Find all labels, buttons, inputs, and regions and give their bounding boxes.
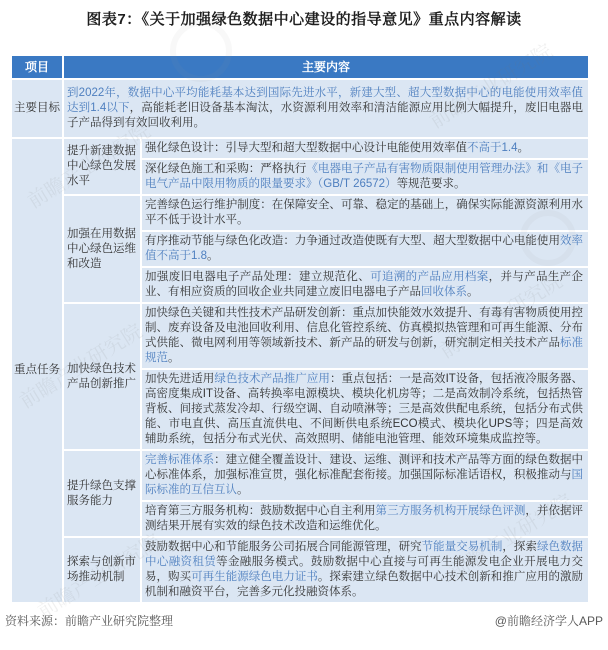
subrow-items: 完善标准体系：建立健全覆盖设计、建设、运维、测评和技术产品等方面的绿色数据中心标…	[142, 451, 588, 536]
source-note: 资料来源：前瞻产业研究院整理	[5, 612, 173, 629]
footer: 资料来源：前瞻产业研究院整理 @前瞻经济学人APP	[0, 612, 608, 629]
task-subrows: 提升新建数据中心绿色发展水平 强化绿色设计：引导大型和超大型数据中心设计电能使用…	[64, 139, 588, 602]
table-row-key-tasks: 重点任务 提升新建数据中心绿色发展水平 强化绿色设计：引导大型和超大型数据中心设…	[12, 139, 588, 602]
content-cell: 鼓励数据中心和节能服务公司拓展合同能源管理，研究节能量交易机制，探索绿色数据中心…	[142, 538, 588, 602]
subrow-items: 完善绿色运行维护制度：在保障安全、可靠、稳定的基础上，确保实际能源资源利用水平不…	[142, 196, 588, 302]
table-subrow: 提升新建数据中心绿色发展水平 强化绿色设计：引导大型和超大型数据中心设计电能使用…	[64, 139, 588, 194]
key-content-table: 项目 主要内容 主要目标 到2022年，数据中心平均能耗基本达到国际先进水平，新…	[12, 56, 588, 602]
subrow-items: 强化绿色设计：引导大型和超大型数据中心设计电能使用效率值不高于1.4。 深化绿色…	[142, 139, 588, 194]
subrow-items: 鼓励数据中心和节能服务公司拓展合同能源管理，研究节能量交易机制，探索绿色数据中心…	[142, 538, 588, 602]
subcategory-label: 加强在用数据中心绿色运维和改造	[64, 196, 140, 302]
subcategory-label: 提升绿色支撑服务能力	[64, 451, 140, 536]
subcategory-label: 探索与创新市场推动机制	[64, 538, 140, 602]
section-label: 重点任务	[12, 139, 62, 602]
content-cell: 加强废旧电器电子产品处理：建立规范化、可追溯的产品应用档案，并与产品生产企业、有…	[142, 268, 588, 302]
content-cell: 完善标准体系：建立健全覆盖设计、建设、运维、测评和技术产品等方面的绿色数据中心标…	[142, 451, 588, 500]
subrow-items: 加快绿色关键和共性技术产品研发创新：重点加快能效水效提升、有毒有害物质使用控制、…	[142, 304, 588, 449]
content-cell: 完善绿色运行维护制度：在保障安全、可靠、稳定的基础上，确保实际能源资源利用水平不…	[142, 196, 588, 230]
content-cell: 加快先进适用绿色技术产品推广应用：重点包括：一是高效IT设备，包括液冷服务器、高…	[142, 370, 588, 449]
content-cell: 强化绿色设计：引导大型和超大型数据中心设计电能使用效率值不高于1.4。	[142, 139, 588, 158]
credit-note: @前瞻经济学人APP	[495, 612, 603, 629]
table-header-row: 项目 主要内容	[12, 56, 588, 78]
subcategory-label: 加快绿色技术产品创新推广	[64, 304, 140, 449]
page-title: 图表7：《关于加强绿色数据中心建设的指导意见》重点内容解读	[0, 0, 608, 29]
table-subrow: 加强在用数据中心绿色运维和改造 完善绿色运行维护制度：在保障安全、可靠、稳定的基…	[64, 196, 588, 302]
content-cell: 到2022年，数据中心平均能耗基本达到国际先进水平，新建大型、超大型数据中心的电…	[64, 80, 588, 137]
content-cell: 有序推动节能与绿色化改造：力争通过改造使既有大型、超大型数据中心电能使用效率值不…	[142, 232, 588, 266]
content-cell: 培育第三方服务机构：鼓励数据中心自主利用第三方服务机构开展绿色评测，并依据评测结…	[142, 502, 588, 536]
header-cell-item: 项目	[12, 56, 62, 78]
section-label: 主要目标	[12, 80, 62, 137]
subcategory-label: 提升新建数据中心绿色发展水平	[64, 139, 140, 194]
content-cell: 加快绿色关键和共性技术产品研发创新：重点加快能效水效提升、有毒有害物质使用控制、…	[142, 304, 588, 368]
table-subrow: 提升绿色支撑服务能力 完善标准体系：建立健全覆盖设计、建设、运维、测评和技术产品…	[64, 451, 588, 536]
content-cell: 深化绿色施工和采购：严格执行《电器电子产品有害物质限制使用管理办法》和《电子电气…	[142, 160, 588, 194]
header-cell-main-content: 主要内容	[64, 56, 588, 78]
table-subrow: 加快绿色技术产品创新推广 加快绿色关键和共性技术产品研发创新：重点加快能效水效提…	[64, 304, 588, 449]
table-row-main-goal: 主要目标 到2022年，数据中心平均能耗基本达到国际先进水平，新建大型、超大型数…	[12, 80, 588, 137]
table-subrow: 探索与创新市场推动机制 鼓励数据中心和节能服务公司拓展合同能源管理，研究节能量交…	[64, 538, 588, 602]
